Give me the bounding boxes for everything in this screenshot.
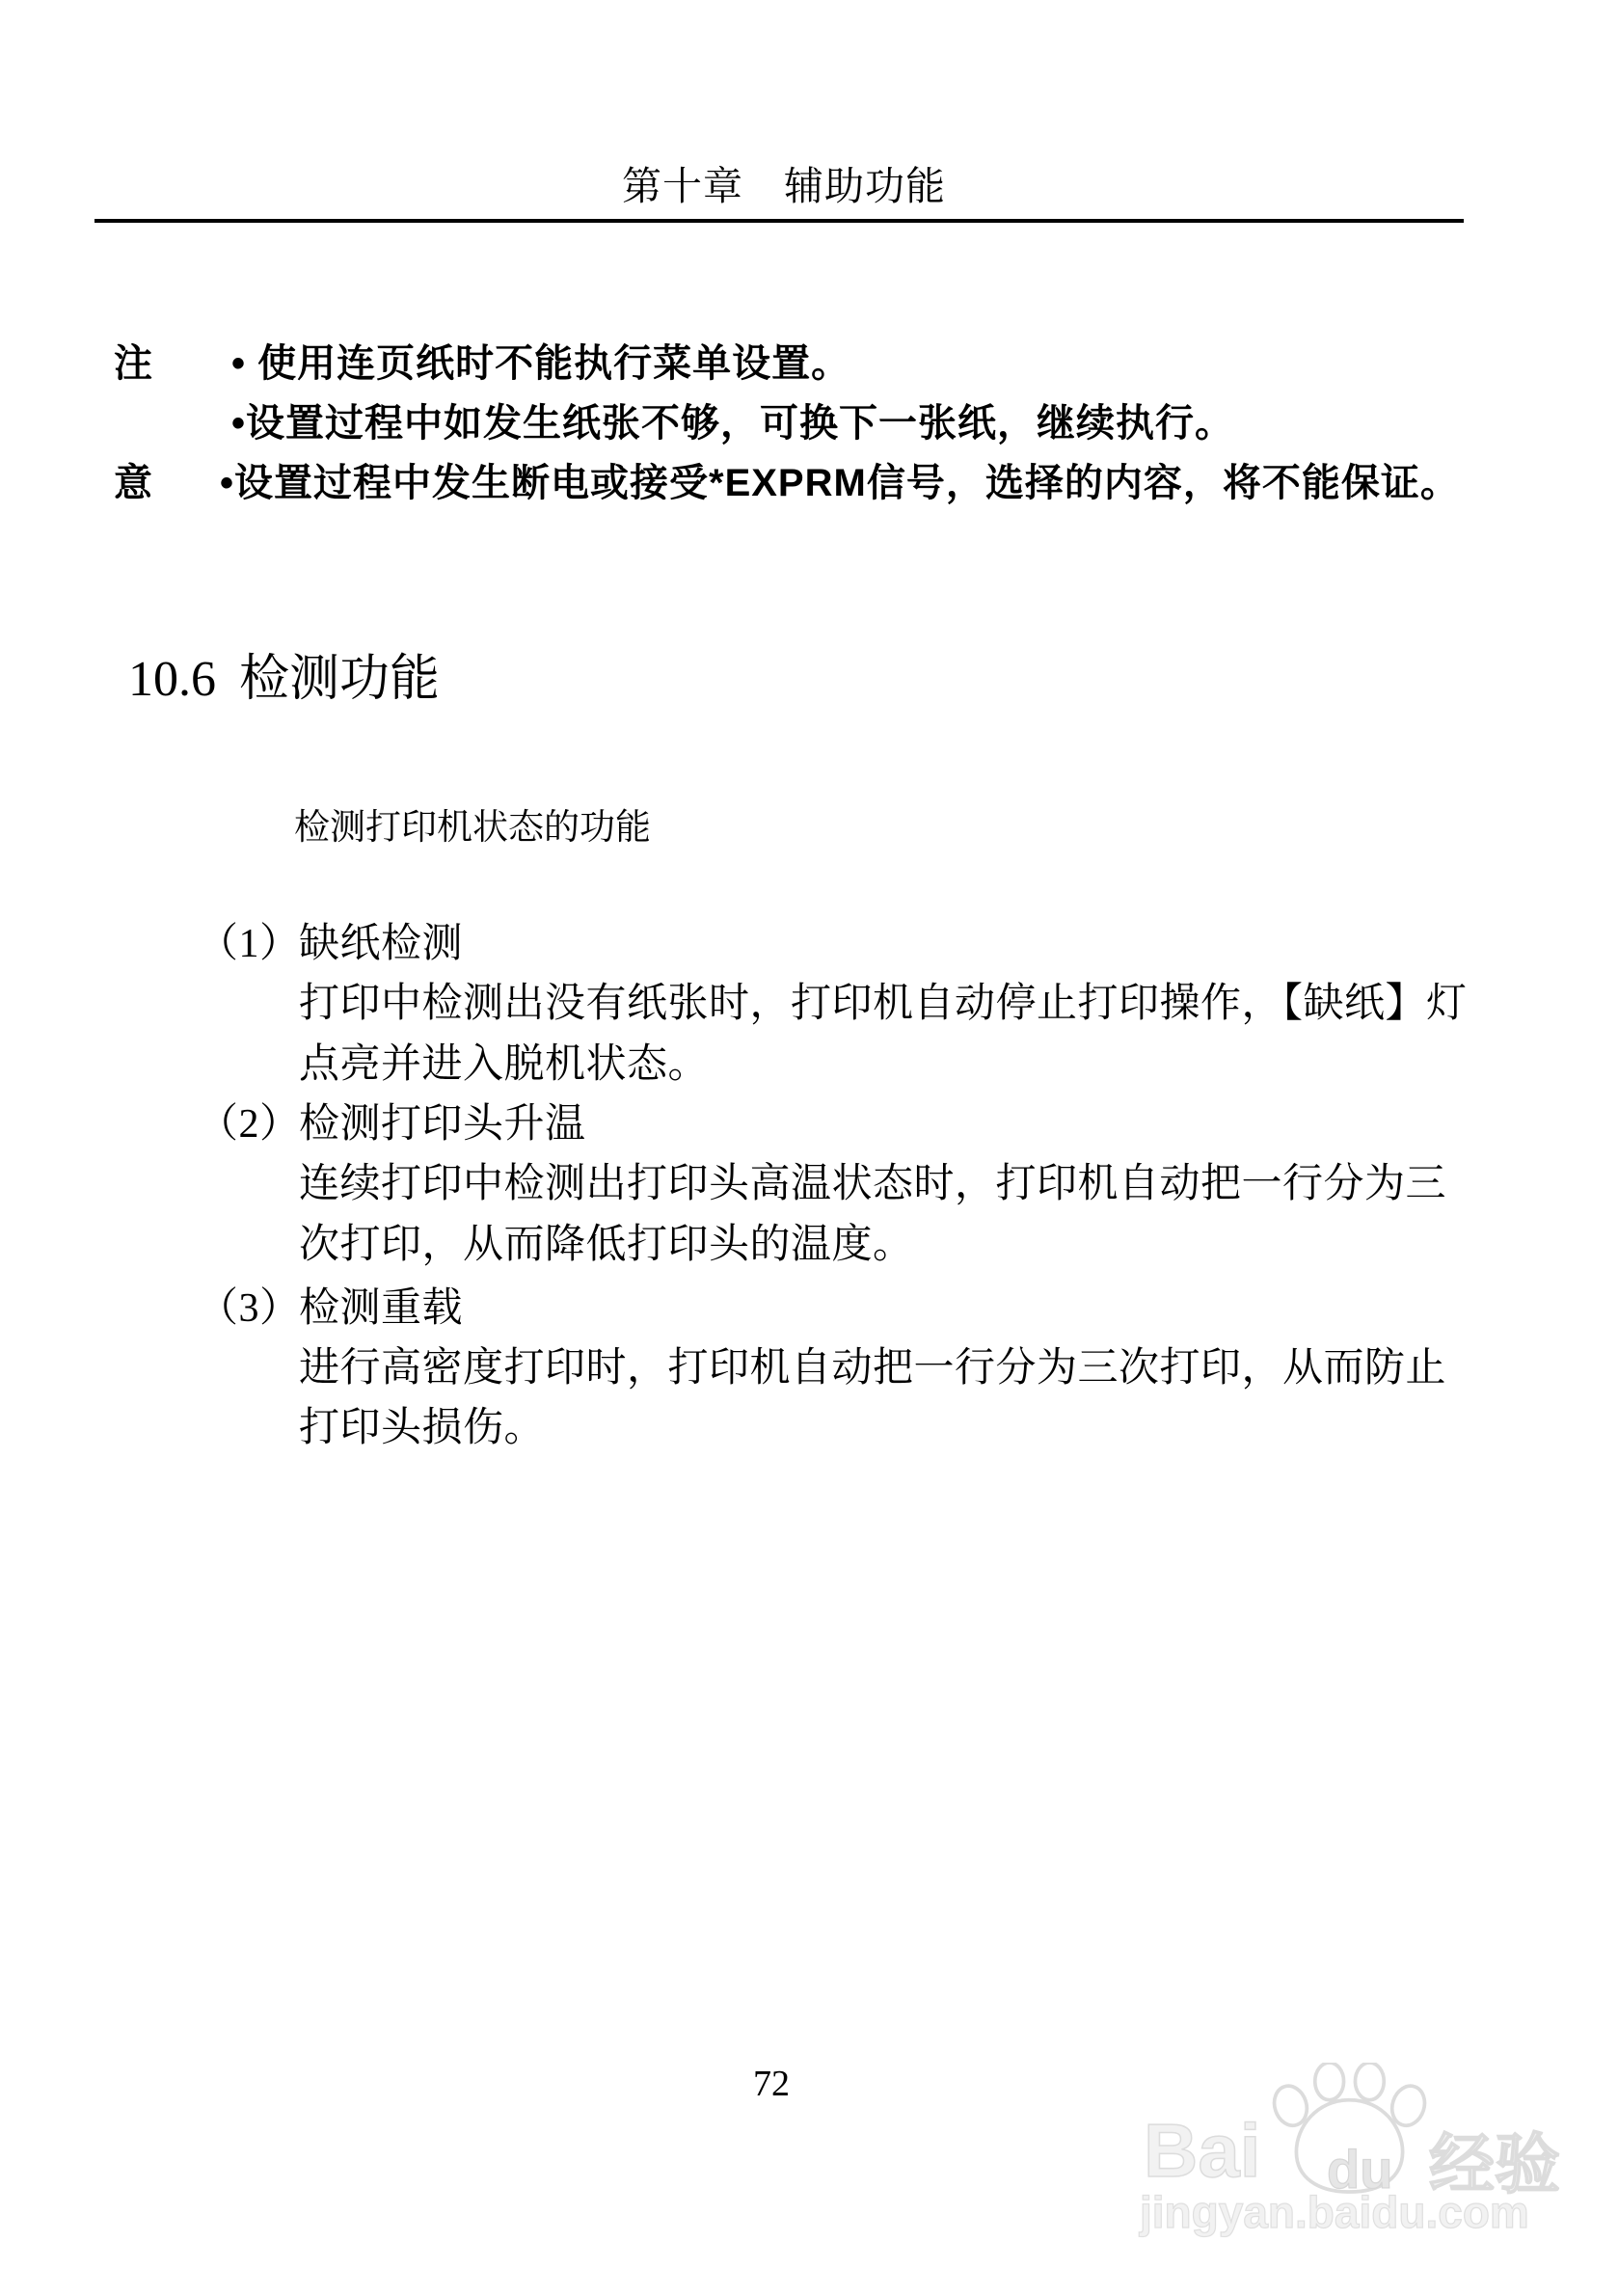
list-item-1-number: （1）: [198, 922, 301, 966]
section-number: 10.6: [128, 652, 216, 707]
page-number: 72: [723, 2064, 820, 2106]
section-title: 检测功能: [239, 652, 440, 707]
list-item-2-heading: （2） 检测打印头升温: [198, 1101, 301, 1148]
list-item-1-heading: （1） 缺纸检测: [198, 921, 301, 967]
list-item-1-line-2: 点亮并进入脱机状态。: [299, 1041, 709, 1088]
list-item-3-number: （3）: [198, 1286, 301, 1331]
watermark-bai-text: Bai: [1144, 2107, 1260, 2195]
notice-line-1: • 使用连页纸时不能执行菜单设置。: [231, 341, 850, 386]
notice-label-zhu: 注: [114, 341, 153, 386]
list-item-1-title: 缺纸检测: [299, 921, 463, 967]
list-item-2-title: 检测打印头升温: [299, 1101, 586, 1148]
watermark-url-text: jingyan.baidu.com: [1140, 2186, 1529, 2238]
list-item-2-number: （2）: [198, 1102, 301, 1147]
baidu-jingyan-watermark: Bai du 经验 jingyan.baidu.com: [1138, 2068, 1581, 2261]
list-item-1-line-1: 打印中检测出没有纸张时，打印机自动停止打印操作，【缺纸】灯: [299, 981, 1468, 1027]
header-divider: [94, 219, 1464, 223]
list-item-3-line-1: 进行高密度打印时，打印机自动把一行分为三次打印，从而防止: [299, 1345, 1446, 1391]
list-item-2-line-1: 连续打印中检测出打印头高温状态时，打印机自动把一行分为三: [299, 1161, 1446, 1207]
section-intro: 检测打印机状态的功能: [294, 808, 651, 850]
manual-page: 第十章 辅助功能 注 意 • 使用连页纸时不能执行菜单设置。 •设置过程中如发生…: [0, 0, 1618, 2296]
section-heading: 10.6检测功能: [128, 651, 440, 709]
list-item-3-title: 检测重载: [299, 1285, 463, 1332]
notice-line-2: •设置过程中如发生纸张不够，可换下一张纸，继续执行。: [231, 401, 1234, 446]
chapter-header: 第十章 辅助功能: [622, 164, 946, 209]
list-item-3-heading: （3） 检测重载: [198, 1285, 301, 1332]
list-item-3-line-2: 打印头损伤。: [299, 1405, 545, 1451]
list-item-2-line-2: 次打印，从而降低打印头的温度。: [299, 1222, 914, 1268]
notice-line-3: •设置过程中发生断电或接受*EXPRM信号，选择的内容，将不能保证。: [220, 461, 1460, 505]
notice-label-yi: 意: [114, 461, 153, 505]
